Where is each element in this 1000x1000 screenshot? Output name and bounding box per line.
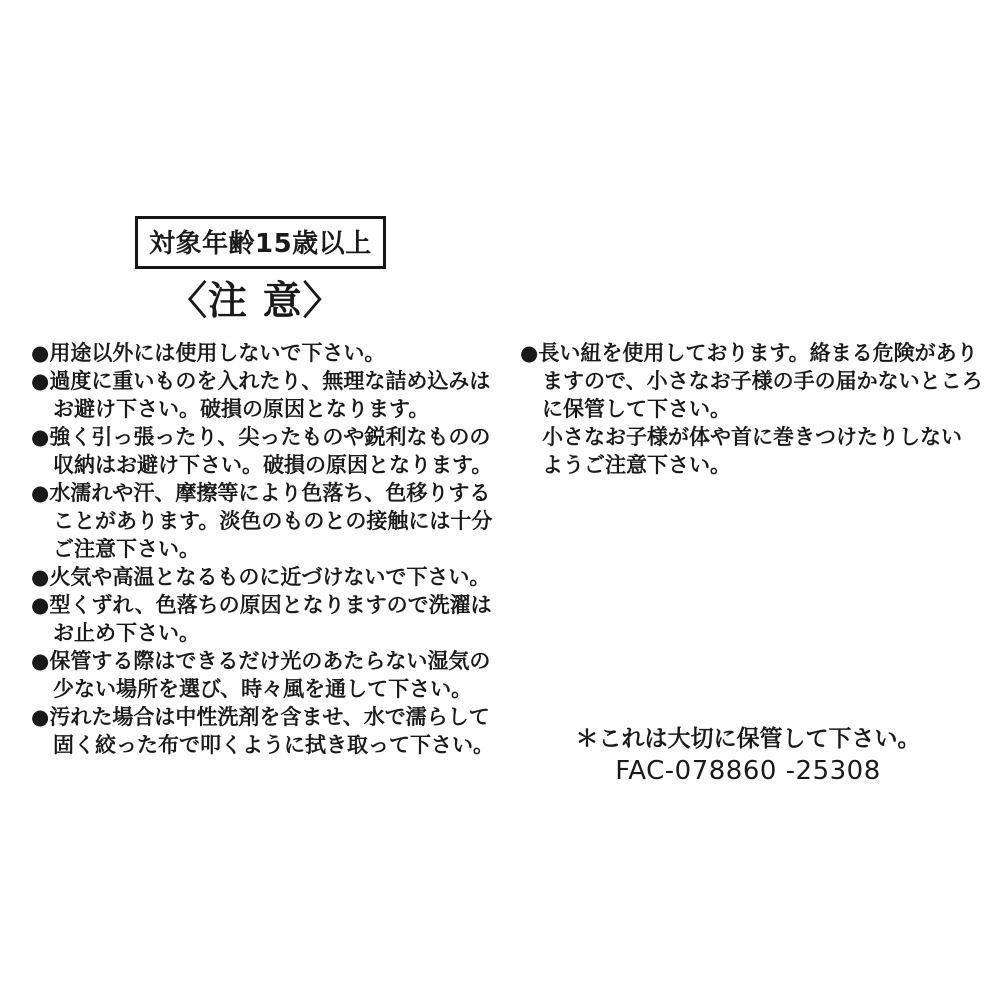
- target-age-label: 対象年齢15歳以上: [149, 229, 372, 259]
- target-age-box: 対象年齢15歳以上: [135, 216, 386, 269]
- right-notice-column: ●長い紐を使用しております。絡まる危険があり ますので、小さなお子様の手の届かな…: [520, 339, 988, 479]
- notice-item-color-transfer: ●水濡れや汗、摩擦等により色落ち、色移りする ことがあります。淡色のものとの接触…: [31, 479, 499, 563]
- notice-item-sharp-objects: ●強く引っ張ったり、尖ったものや鋭利なものの 収納はお避け下さい。破損の原因とな…: [31, 423, 499, 479]
- notice-item-overload: ●過度に重いものを入れたり、無理な詰め込みは お避け下さい。破損の原因となります…: [31, 367, 499, 423]
- footer-note-block: ＊これは大切に保管して下さい。 FAC-078860 -25308: [548, 724, 948, 787]
- caution-heading: 〈注 意〉: [168, 270, 343, 326]
- notice-item-fire-heat: ●火気や高温となるものに近づけないで下さい。: [31, 563, 499, 591]
- notice-item-cleaning: ●汚れた場合は中性洗剤を含ませ、水で濡らして 固く絞った布で叩くように拭き取って…: [31, 703, 499, 759]
- product-code: FAC-078860 -25308: [548, 755, 948, 787]
- notice-item-storage: ●保管する際はできるだけ光のあたらない湿気の 少ない場所を選び、時々風を通して下…: [31, 647, 499, 703]
- caution-label-page: 対象年齢15歳以上 〈注 意〉 ●用途以外には使用しないで下さい。 ●過度に重い…: [0, 0, 1000, 1000]
- keep-this-note: ＊これは大切に保管して下さい。: [548, 724, 948, 755]
- notice-item-long-cord: ●長い紐を使用しております。絡まる危険があり ますので、小さなお子様の手の届かな…: [520, 339, 988, 479]
- notice-item-no-washing: ●型くずれ、色落ちの原因となりますので洗濯は お止め下さい。: [31, 591, 499, 647]
- notice-item-usage: ●用途以外には使用しないで下さい。: [31, 339, 499, 367]
- left-notice-column: ●用途以外には使用しないで下さい。 ●過度に重いものを入れたり、無理な詰め込みは…: [31, 339, 499, 759]
